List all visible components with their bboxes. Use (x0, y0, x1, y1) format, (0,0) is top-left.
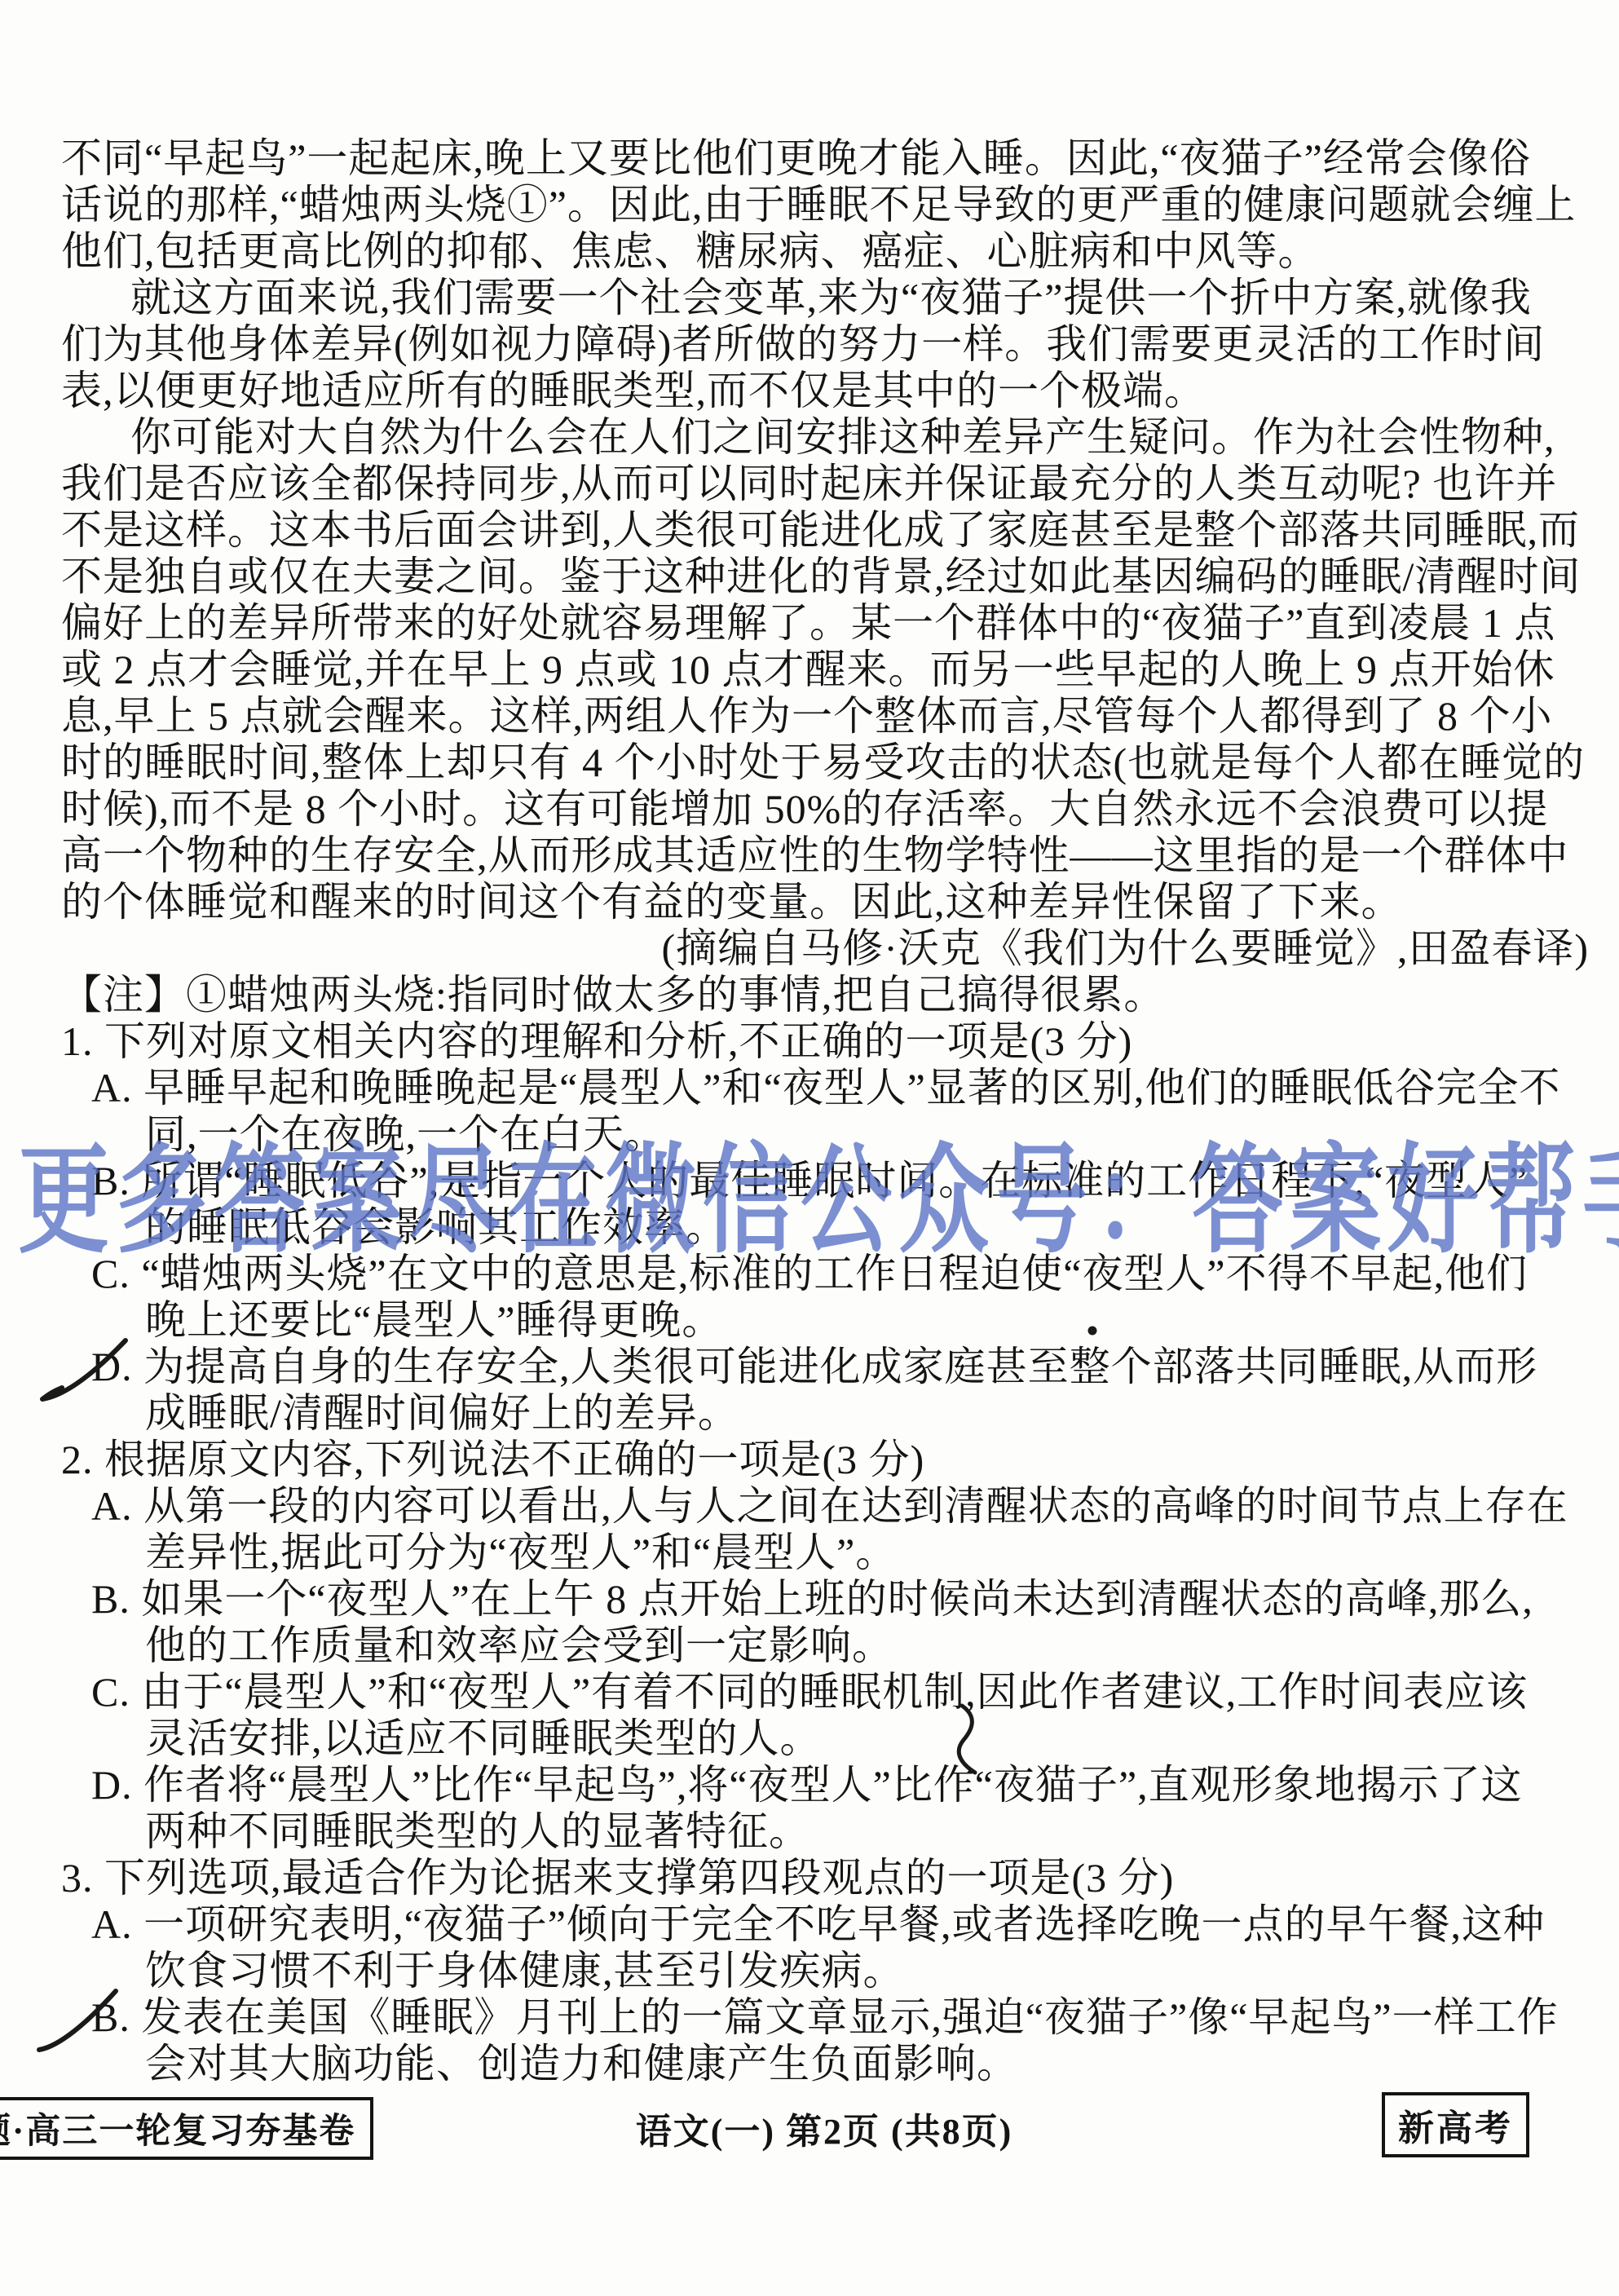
footer-series-box: 题·高三一轮复习夯基卷 (0, 2097, 373, 2160)
text-line: 的个体睡觉和醒来的时间这个有益的变量。因此,这种差异性保留了下来。 (61, 879, 1592, 925)
text-line: 成睡眠/清醒时间偏好上的差异。 (145, 1390, 1592, 1437)
text-line: A. 早睡早起和晚睡晚起是“晨型人”和“夜型人”显著的区别,他们的睡眠低谷完全不 (91, 1065, 1592, 1111)
text-line: 话说的那样,“蜡烛两头烧①”。因此,由于睡眠不足导致的更严重的健康问题就会缠上 (61, 182, 1592, 228)
footer-page-number: 语文(一) 第2页 (共8页) (636, 2102, 1013, 2154)
text-line: C. 由于“晨型人”和“夜型人”有着不同的睡眠机制,因此作者建议,工作时间表应该 (91, 1669, 1592, 1715)
text-line: 不是独自或仅在夫妻之间。鉴于这种进化的背景,经过如此基因编码的睡眠/清醒时间 (61, 554, 1592, 600)
text-line: 不是这样。这本书后面会讲到,人类很可能进化成了家庭甚至是整个部落共同睡眠,而 (61, 507, 1592, 554)
text-line: 两种不同睡眠类型的人的显著特征。 (145, 1808, 1592, 1855)
text-line: 时的睡眠时间,整体上却只有 4 个小时处于易受攻击的状态(也就是每个人都在睡觉的 (61, 740, 1592, 786)
text-line: 的睡眠低谷会影响其工作效率。 (145, 1204, 1592, 1251)
text-line: 会对其大脑功能、创造力和健康产生负面影响。 (145, 2041, 1592, 2087)
text-line: 饮食习惯不利于身体健康,甚至引发疾病。 (145, 1948, 1592, 1994)
text-line: 们为其他身体差异(例如视力障碍)者所做的努力一样。我们需要更灵活的工作时间 (61, 321, 1592, 368)
text-line: 不同“早起鸟”一起起床,晚上又要比他们更晚才能入睡。因此,“夜猫子”经常会像俗 (61, 135, 1592, 182)
text-line: A. 从第一段的内容可以看出,人与人之间在达到清醒状态的高峰的时间节点上存在 (91, 1483, 1592, 1530)
text-line: (摘编自马修·沃克《我们为什么要睡觉》,田盈春译) (61, 925, 1592, 972)
text-line: 3. 下列选项,最适合作为论据来支撑第四段观点的一项是(3 分) (61, 1855, 1592, 1901)
text-line: 他的工作质量和效率应会受到一定影响。 (145, 1623, 1592, 1669)
text-line: B. 发表在美国《睡眠》月刊上的一篇文章显示,强迫“夜猫子”像“早起鸟”一样工作 (91, 1994, 1592, 2041)
text-line: C. “蜡烛两头烧”在文中的意思是,标准的工作日程迫使“夜型人”不得不早起,他们 (91, 1251, 1592, 1297)
text-line: 或 2 点才会睡觉,并在早上 9 点或 10 点才醒来。而另一些早起的人晚上 9… (61, 647, 1592, 693)
text-line: 2. 根据原文内容,下列说法不正确的一项是(3 分) (61, 1437, 1592, 1483)
text-line: 灵活安排,以适应不同睡眠类型的人。 (145, 1715, 1592, 1762)
text-line: 1. 下列对原文相关内容的理解和分析,不正确的一项是(3 分) (61, 1018, 1592, 1065)
text-line: 【注】①蜡烛两头烧:指同时做太多的事情,把自己搞得很累。 (61, 972, 1592, 1018)
text-line: 高一个物种的生存安全,从而形成其适应性的生物学特性——这里指的是一个群体中 (61, 832, 1592, 879)
text-line: A. 一项研究表明,“夜猫子”倾向于完全不吃早餐,或者选择吃晚一点的早午餐,这种 (91, 1901, 1592, 1948)
text-line: B. 所谓“睡眠低谷”,是指一个人的最佳睡眠时间。在标准的工作日程下,“夜型人” (91, 1158, 1592, 1204)
text-line: 息,早上 5 点就会醒来。这样,两组人作为一个整体而言,尽管每个人都得到了 8 … (61, 693, 1592, 740)
text-line: 时候),而不是 8 个小时。这有可能增加 50%的存活率。大自然永远不会浪费可以… (61, 786, 1592, 832)
footer-exam-type-box: 新高考 (1382, 2092, 1529, 2157)
text-line: 同,一个在夜晚,一个在白天。 (145, 1111, 1592, 1158)
text-line: D. 为提高自身的生存安全,人类很可能进化成家庭甚至整个部落共同睡眠,从而形 (91, 1344, 1592, 1390)
text-line: 差异性,据此可分为“夜型人”和“晨型人”。 (145, 1530, 1592, 1576)
exam-paper-page: 不同“早起鸟”一起起床,晚上又要比他们更晚才能入睡。因此,“夜猫子”经常会像俗话… (0, 0, 1619, 2296)
text-line: 晚上还要比“晨型人”睡得更晚。 (145, 1297, 1592, 1344)
text-line: 你可能对大自然为什么会在人们之间安排这种差异产生疑问。作为社会性物种, (130, 414, 1592, 461)
text-line: 就这方面来说,我们需要一个社会变革,来为“夜猫子”提供一个折中方案,就像我 (130, 275, 1592, 321)
text-lines: 不同“早起鸟”一起起床,晚上又要比他们更晚才能入睡。因此,“夜猫子”经常会像俗话… (61, 135, 1592, 2087)
text-line: B. 如果一个“夜型人”在上午 8 点开始上班的时候尚未达到清醒状态的高峰,那么… (91, 1576, 1592, 1623)
text-line: 偏好上的差异所带来的好处就容易理解了。某一个群体中的“夜猫子”直到凌晨 1 点 (61, 600, 1592, 647)
text-line: 他们,包括更高比例的抑郁、焦虑、糖尿病、癌症、心脏病和中风等。 (61, 228, 1592, 275)
text-line: 表,以便更好地适应所有的睡眠类型,而不仅是其中的一个极端。 (61, 368, 1592, 414)
text-line: 我们是否应该全都保持同步,从而可以同时起床并保证最充分的人类互动呢? 也许并 (61, 461, 1592, 507)
text-line: D. 作者将“晨型人”比作“早起鸟”,将“夜型人”比作“夜猫子”,直观形象地揭示… (91, 1762, 1592, 1808)
